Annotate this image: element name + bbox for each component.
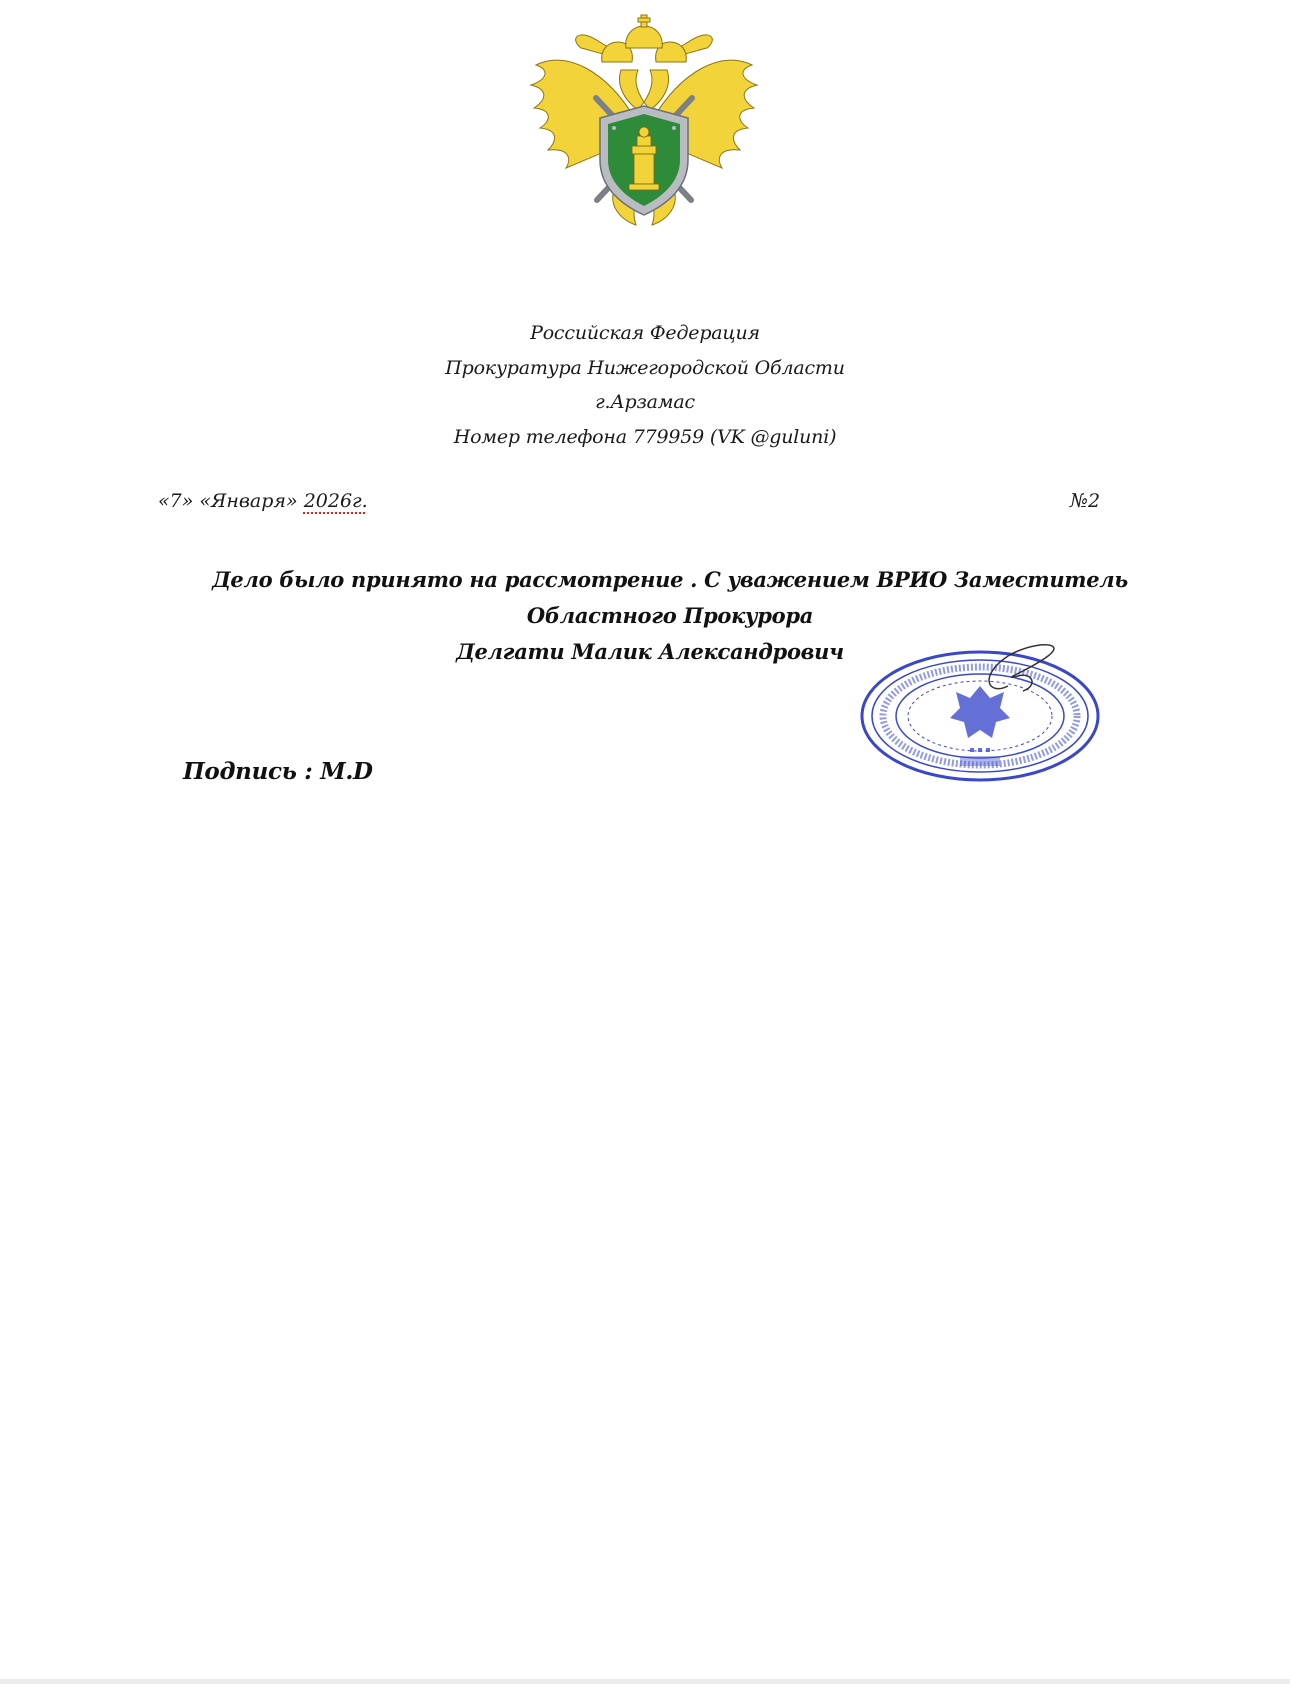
header-country: Российская Федерация: [0, 316, 1290, 351]
signature-label: Подпись : M.D: [183, 758, 373, 785]
official-seal-stamp-icon: [858, 636, 1108, 786]
document-page: Российская Федерация Прокуратура Нижегор…: [0, 0, 1290, 1679]
header-phone: Номер телефона 779959 (VK @guluni): [0, 420, 1290, 455]
document-header: Российская Федерация Прокуратура Нижегор…: [0, 316, 1290, 454]
prosecutor-emblem-icon: [526, 10, 762, 240]
body-line-2: Делгати Малик Александрович: [456, 639, 844, 664]
header-organization: Прокуратура Нижегородской Области: [0, 351, 1290, 386]
date-day: «7»: [158, 490, 193, 512]
header-city: г.Арзамас: [0, 385, 1290, 420]
date-year: 2026г.: [304, 490, 368, 512]
date-month: «Января»: [199, 490, 297, 512]
page-bottom-strip: [0, 1679, 1290, 1684]
document-date: «7» «Января» 2026г.: [158, 490, 368, 512]
document-number: №2: [1070, 490, 1100, 512]
body-line-1: Дело было принято на рассмотрение . С ув…: [150, 562, 1150, 634]
